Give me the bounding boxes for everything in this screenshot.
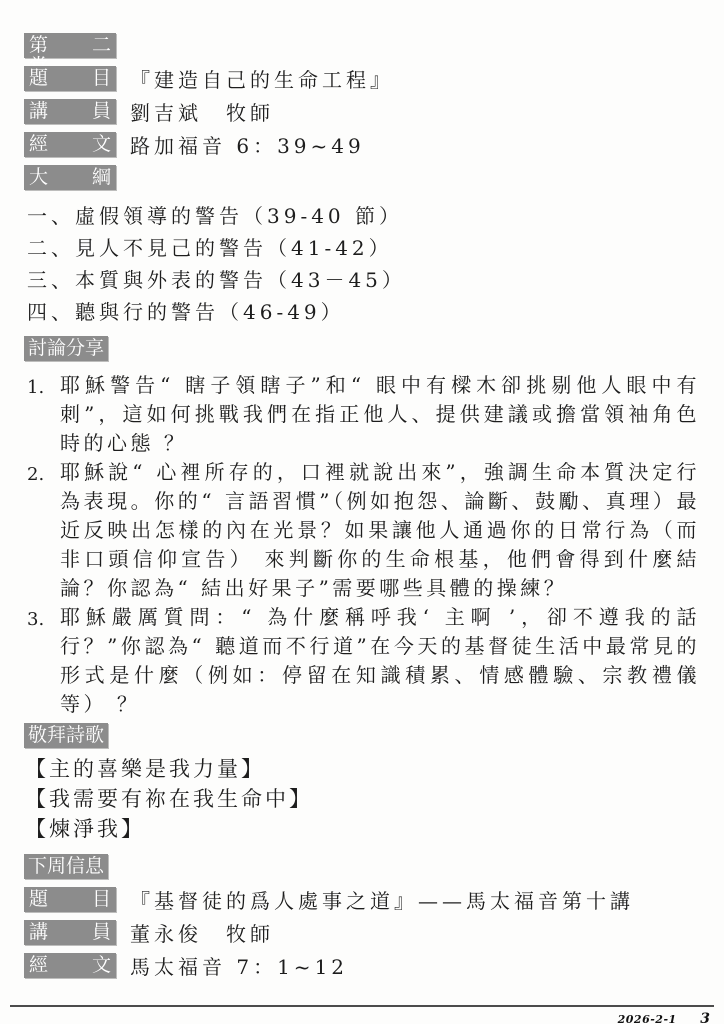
topic-row: 題 目 『建造自己的生命工程』 xyxy=(24,66,700,91)
outline-label-box: 大 綱 xyxy=(24,165,116,190)
question-item: 2. 耶穌說“ 心裡所存的，口裡就說出來”，強調生命本質決定行為表現。你的“ 言… xyxy=(27,458,700,603)
question-number: 3. xyxy=(27,603,60,719)
next-week-rows: 題 目 『基督徒的爲人處事之道』——馬太福音第十講 講 員 董永俊 牧師 經 文… xyxy=(24,887,700,978)
worship-section-header: 敬拜詩歌 xyxy=(24,723,700,748)
speaker-label-box: 講 員 xyxy=(24,99,116,124)
song-list: 【主的喜樂是我力量】 【我需要有祢在我生命中】 【煉淨我】 xyxy=(25,754,700,844)
next-week-scripture-value: 馬太福音 7：1~12 xyxy=(130,951,348,980)
question-item: 1. 耶穌警告“ 瞎子領瞎子”和“ 眼中有樑木卻挑剔他人眼中有刺”，這如何挑戰我… xyxy=(27,371,700,458)
session-label-box: 第 二 堂 xyxy=(24,33,116,58)
scripture-row: 經 文 路加福音 6：39~49 xyxy=(24,132,700,157)
next-week-topic-row: 題 目 『基督徒的爲人處事之道』——馬太福音第十講 xyxy=(24,887,700,912)
page-footer: 2026-2-1 3 xyxy=(618,1008,710,1024)
next-week-scripture-row: 經 文 馬太福音 7：1~12 xyxy=(24,953,700,978)
footer-date: 2026-2-1 xyxy=(618,1013,677,1024)
topic-label-box: 題 目 xyxy=(24,66,116,91)
question-text: 耶穌嚴厲質問：“ 為什麼稱呼我‘ 主啊 ’，卻不遵我的話行？”你認為“ 聽道而不… xyxy=(60,603,700,719)
outline-item: 一、虛假領導的警告（39-40 節） xyxy=(27,200,700,232)
outline-item: 三、本質與外表的警告（43－45） xyxy=(27,264,700,296)
outline-item: 四、聽與行的警告（46-49） xyxy=(27,296,700,328)
question-text: 耶穌警告“ 瞎子領瞎子”和“ 眼中有樑木卻挑剔他人眼中有刺”，這如何挑戰我們在指… xyxy=(60,371,700,458)
next-week-speaker-row: 講 員 董永俊 牧師 xyxy=(24,920,700,945)
next-week-section-header: 下周信息 xyxy=(24,854,700,879)
bulletin-page: 第 二 堂 題 目 『建造自己的生命工程』 講 員 劉吉斌 牧師 經 文 路加福… xyxy=(0,0,724,1024)
session-header-row: 第 二 堂 xyxy=(24,33,700,58)
next-week-topic-label-box: 題 目 xyxy=(24,887,116,912)
song-item: 【我需要有祢在我生命中】 xyxy=(25,784,700,814)
footer-page-number: 3 xyxy=(700,1011,710,1024)
outline-list: 一、虛假領導的警告（39-40 節） 二、見人不見己的警告（41-42） 三、本… xyxy=(27,200,700,328)
footer-divider xyxy=(10,1005,714,1007)
scripture-label-box: 經 文 xyxy=(24,132,116,157)
question-item: 3. 耶穌嚴厲質問：“ 為什麼稱呼我‘ 主啊 ’，卻不遵我的話行？”你認為“ 聽… xyxy=(27,603,700,719)
question-text: 耶穌說“ 心裡所存的，口裡就說出來”，強調生命本質決定行為表現。你的“ 言語習慣… xyxy=(60,458,700,603)
song-item: 【煉淨我】 xyxy=(25,814,700,844)
speaker-row: 講 員 劉吉斌 牧師 xyxy=(24,99,700,124)
next-week-speaker-value: 董永俊 牧師 xyxy=(130,918,274,947)
next-week-scripture-label-box: 經 文 xyxy=(24,953,116,978)
song-item: 【主的喜樂是我力量】 xyxy=(25,754,700,784)
scripture-value: 路加福音 6：39~49 xyxy=(130,130,365,159)
topic-value: 『建造自己的生命工程』 xyxy=(130,64,394,93)
outline-header-row: 大 綱 xyxy=(24,165,700,190)
question-number: 1. xyxy=(27,371,60,458)
discussion-section-header: 討論分享 xyxy=(24,336,700,361)
discussion-header-box: 討論分享 xyxy=(24,336,108,361)
speaker-value: 劉吉斌 牧師 xyxy=(130,97,274,126)
worship-header-box: 敬拜詩歌 xyxy=(24,723,108,748)
outline-item: 二、見人不見己的警告（41-42） xyxy=(27,232,700,264)
next-week-header-box: 下周信息 xyxy=(24,854,108,879)
next-week-topic-value: 『基督徒的爲人處事之道』——馬太福音第十講 xyxy=(130,885,634,914)
question-list: 1. 耶穌警告“ 瞎子領瞎子”和“ 眼中有樑木卻挑剔他人眼中有刺”，這如何挑戰我… xyxy=(27,371,700,719)
next-week-speaker-label-box: 講 員 xyxy=(24,920,116,945)
question-number: 2. xyxy=(27,458,60,603)
